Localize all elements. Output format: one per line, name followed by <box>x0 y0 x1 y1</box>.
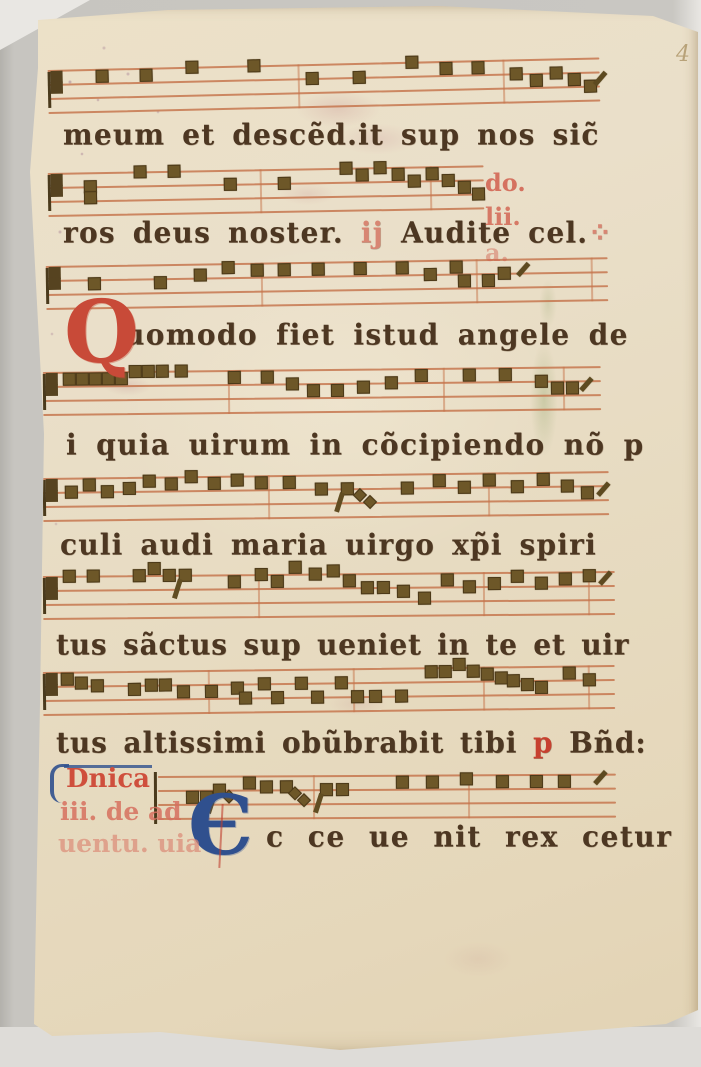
chant-text-segment: ros deus noster. <box>63 215 344 249</box>
chant-text-segment: meum et descẽd.it sup nos sic̃ <box>63 117 600 151</box>
chant-text-segment: Bñd: <box>553 725 646 759</box>
rubric-right-line-2: lii. <box>485 202 521 231</box>
chant-text-line: culi audi maria uirgo xp̃i spiri <box>60 527 597 561</box>
chant-text-segment: culi audi maria uirgo xp̃i spiri <box>60 527 597 561</box>
rubric-text-segment: ⁘ <box>588 215 613 249</box>
parchment-page: 4 meum et descẽd.it sup nos sic̃ros deus… <box>8 4 698 1056</box>
chant-text-line: tus sãctus sup ueniet in te et uir <box>56 627 629 661</box>
chant-text-segment: c ce ue nit rex cetur <box>266 819 672 853</box>
manuscript-photo: 4 meum et descẽd.it sup nos sic̃ros deus… <box>0 0 701 1067</box>
chant-text-segment: tus altissimi obũbrabit tibi <box>56 725 517 759</box>
rubric-left-line-2: iii. de ad <box>60 797 182 826</box>
rubric-text-segment: p <box>517 725 553 759</box>
chant-text-line: uomodo fiet istud angele de <box>124 317 629 351</box>
initial-q: Q <box>64 294 139 371</box>
rubric-left-line-1: Dnica <box>66 764 150 794</box>
chant-text-line: i quia uirum in cõcipiendo nõ p <box>66 427 645 461</box>
chant-text-line: tus altissimi obũbrabit tibi p Bñd: <box>56 725 647 759</box>
chant-text-segment: tus sãctus sup ueniet in te et uir <box>56 627 629 661</box>
chant-text: meum et descẽd.it sup nos sic̃ros deus n… <box>8 4 698 1056</box>
rubric-left-line-3: uentu. uia <box>58 829 201 858</box>
chant-text-segment: uomodo fiet istud angele de <box>124 317 629 351</box>
chant-text-segment: i quia uirum in cõcipiendo nõ p <box>66 427 645 461</box>
chant-text-line: meum et descẽd.it sup nos sic̃ <box>63 117 600 151</box>
rubric-text-segment: ij <box>344 215 401 249</box>
rubric-right-line-1: do. <box>485 168 526 197</box>
chant-text-line: c ce ue nit rex cetur <box>266 819 672 853</box>
rubric-right-line-3: a. <box>485 238 509 267</box>
chant-text-line: ros deus noster. ij Audite cel.⁘ <box>63 215 613 249</box>
